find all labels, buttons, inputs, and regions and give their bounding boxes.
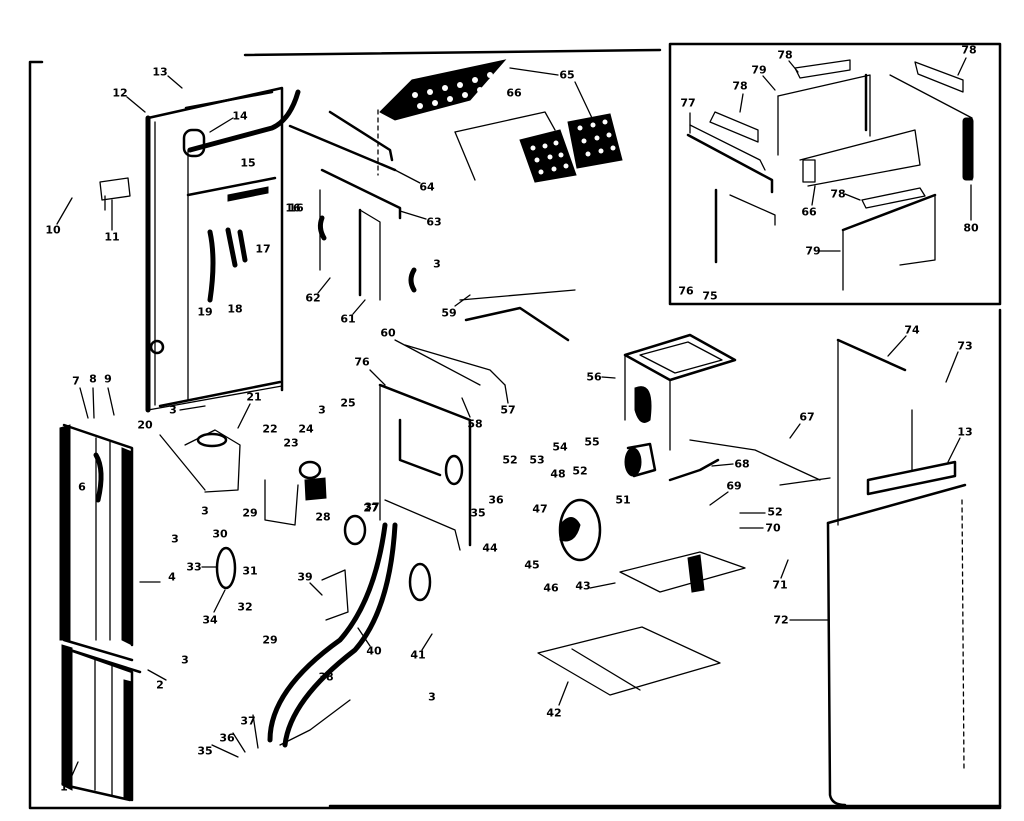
part-callout-43: 43 <box>575 581 590 592</box>
front-door-panels <box>60 425 140 800</box>
part-callout-38: 38 <box>318 672 333 683</box>
part-callout-75: 75 <box>702 291 717 302</box>
part-callout-44: 44 <box>482 543 497 554</box>
part-callout-51: 51 <box>615 495 630 506</box>
part-callout-73: 73 <box>957 341 972 352</box>
part-callout-33: 33 <box>186 562 201 573</box>
part-callout-70: 70 <box>765 523 780 534</box>
part-callout-24: 24 <box>298 424 313 435</box>
part-callout-3: 3 <box>318 405 326 416</box>
part-callout-58: 58 <box>467 419 482 430</box>
part-callout-35: 35 <box>470 508 485 519</box>
part-callout-62: 62 <box>305 293 320 304</box>
part-callout-40: 40 <box>366 646 381 657</box>
part-callout-25: 25 <box>340 398 355 409</box>
part-callout-41: 41 <box>410 650 425 661</box>
part-callout-76: 76 <box>354 357 369 368</box>
part-callout-32: 32 <box>237 602 252 613</box>
part-callout-13: 13 <box>152 67 167 78</box>
part-callout-79: 79 <box>805 246 820 257</box>
part-callout-69: 69 <box>726 481 741 492</box>
part-callout-66: 66 <box>506 88 521 99</box>
part-callout-39: 39 <box>297 572 312 583</box>
inset-box <box>670 44 1000 304</box>
part-callout-45: 45 <box>524 560 539 571</box>
part-callout-36: 36 <box>488 495 503 506</box>
part-callout-61: 61 <box>340 314 355 325</box>
part-callout-76: 76 <box>678 286 693 297</box>
part-callout-77: 77 <box>680 98 695 109</box>
part-callout-1: 1 <box>60 782 68 793</box>
part-callout-37: 37 <box>240 716 255 727</box>
part-callout-56: 56 <box>586 372 601 383</box>
outer-frame <box>30 50 1000 808</box>
part-callout-47: 47 <box>532 504 547 515</box>
part-callout-35: 35 <box>197 746 212 757</box>
part-callout-57: 57 <box>500 405 515 416</box>
part-callout-12: 12 <box>112 88 127 99</box>
part-callout-64: 64 <box>419 182 434 193</box>
leader-lines <box>57 58 971 780</box>
part-callout-78: 78 <box>732 81 747 92</box>
part-callout-9: 9 <box>104 374 112 385</box>
part-callout-22: 22 <box>262 424 277 435</box>
part-callout-72: 72 <box>773 615 788 626</box>
bottom-pan <box>538 627 720 695</box>
part-callout-3: 3 <box>169 405 177 416</box>
part-callout-28: 28 <box>315 512 330 523</box>
part-callout-52: 52 <box>767 507 782 518</box>
parts-diagram: 1312141516171011191865666416633626160597… <box>0 0 1024 821</box>
part-callout-3: 3 <box>433 259 441 270</box>
part-callout-79: 79 <box>751 65 766 76</box>
part-callout-54: 54 <box>552 442 567 453</box>
part-callout-17: 17 <box>255 244 270 255</box>
part-callout-71: 71 <box>772 580 787 591</box>
part-callout-6: 6 <box>78 482 86 493</box>
part-callout-78: 78 <box>961 45 976 56</box>
part-callout-48: 48 <box>550 469 565 480</box>
part-callout-63: 63 <box>426 217 441 228</box>
part-callout-2: 2 <box>156 680 164 691</box>
part-callout-29: 29 <box>262 635 277 646</box>
part-callout-36: 36 <box>219 733 234 744</box>
part-callout-19: 19 <box>197 307 212 318</box>
part-callout-74: 74 <box>904 325 919 336</box>
part-callout-8: 8 <box>89 374 97 385</box>
part-callout-4: 4 <box>168 572 176 583</box>
part-callout-3: 3 <box>171 534 179 545</box>
flue-hoses <box>270 525 395 745</box>
part-callout-67: 67 <box>799 412 814 423</box>
part-callout-3: 3 <box>201 506 209 517</box>
part-callout-10: 10 <box>45 225 60 236</box>
blower-housing <box>620 335 830 592</box>
part-callout-3: 3 <box>428 692 436 703</box>
part-callout-37: 37 <box>364 502 379 513</box>
part-callout-53: 53 <box>529 455 544 466</box>
part-callout-59: 59 <box>441 308 456 319</box>
part-callout-21: 21 <box>246 392 261 403</box>
side-panels <box>828 340 965 805</box>
part-callout-31: 31 <box>242 566 257 577</box>
part-callout-16: 16 <box>288 203 303 214</box>
part-callout-34: 34 <box>202 615 217 626</box>
part-callout-23: 23 <box>283 438 298 449</box>
part-callout-78: 78 <box>830 189 845 200</box>
filter-grilles <box>380 60 622 182</box>
part-callout-14: 14 <box>232 111 247 122</box>
part-callout-3: 3 <box>181 655 189 666</box>
part-callout-18: 18 <box>227 304 242 315</box>
part-callout-52: 52 <box>502 455 517 466</box>
heat-exchanger-assembly <box>380 290 575 600</box>
part-callout-29: 29 <box>242 508 257 519</box>
part-callout-52: 52 <box>572 466 587 477</box>
part-callout-30: 30 <box>212 529 227 540</box>
part-callout-13: 13 <box>957 427 972 438</box>
bracket-assemblies <box>290 110 414 300</box>
part-callout-80: 80 <box>963 223 978 234</box>
part-callout-65: 65 <box>559 70 574 81</box>
part-callout-55: 55 <box>584 437 599 448</box>
part-callout-20: 20 <box>137 420 152 431</box>
part-callout-15: 15 <box>240 158 255 169</box>
part-callout-68: 68 <box>734 459 749 470</box>
part-callout-42: 42 <box>546 708 561 719</box>
part-callout-11: 11 <box>104 232 119 243</box>
part-callout-60: 60 <box>380 328 395 339</box>
part-callout-46: 46 <box>543 583 558 594</box>
part-callout-7: 7 <box>72 376 80 387</box>
part-callout-66: 66 <box>801 207 816 218</box>
part-callout-78: 78 <box>777 50 792 61</box>
